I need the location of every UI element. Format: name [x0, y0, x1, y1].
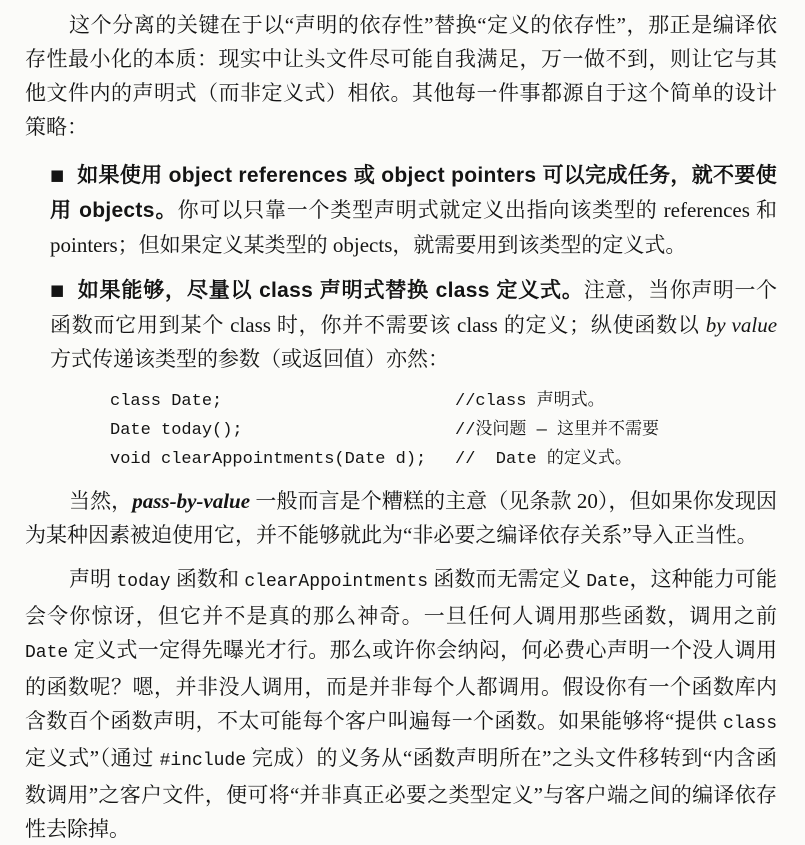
code-comment: //class 声明式。 [455, 387, 777, 416]
bullet-text: 如果使用 object references 或 object pointers… [50, 163, 777, 257]
code-line: class Date; //class 声明式。 [110, 387, 777, 416]
paragraph-declare-functions: 声明 today 函数和 clearAppointments 函数而无需定义 D… [25, 562, 777, 845]
code-block: class Date; //class 声明式。 Date today(); /… [110, 387, 777, 474]
code-line: Date today(); //没问题 — 这里并不需要 [110, 416, 777, 445]
bullet-text: 如果能够，尽量以 class 声明式替换 class 定义式。注意，当你声明一个… [50, 278, 777, 371]
bullet-square-icon: ■ [50, 281, 78, 299]
bullet-item-object-references: ■如果使用 object references 或 object pointer… [50, 158, 777, 262]
code-line: void clearAppointments(Date d); // Date … [110, 445, 777, 474]
book-page: 这个分离的关键在于以“声明的依存性”替换“定义的依存性”，那正是编译依存性最小化… [0, 0, 805, 845]
code-text: void clearAppointments(Date d); [110, 445, 455, 474]
bullet-item-class-declarations: ■如果能够，尽量以 class 声明式替换 class 定义式。注意，当你声明一… [50, 273, 777, 376]
code-text: class Date; [110, 387, 455, 416]
bullet-list: ■如果使用 object references 或 object pointer… [50, 158, 777, 376]
paragraph-pass-by-value: 当然，pass-by-value 一般而言是个糟糕的主意（见条款 20），但如果… [25, 484, 777, 552]
code-text: Date today(); [110, 416, 455, 445]
code-comment: // Date 的定义式。 [455, 445, 777, 474]
bullet-square-icon: ■ [50, 166, 77, 184]
paragraph-intro: 这个分离的关键在于以“声明的依存性”替换“定义的依存性”，那正是编译依存性最小化… [25, 8, 777, 144]
code-comment: //没问题 — 这里并不需要 [455, 416, 777, 445]
